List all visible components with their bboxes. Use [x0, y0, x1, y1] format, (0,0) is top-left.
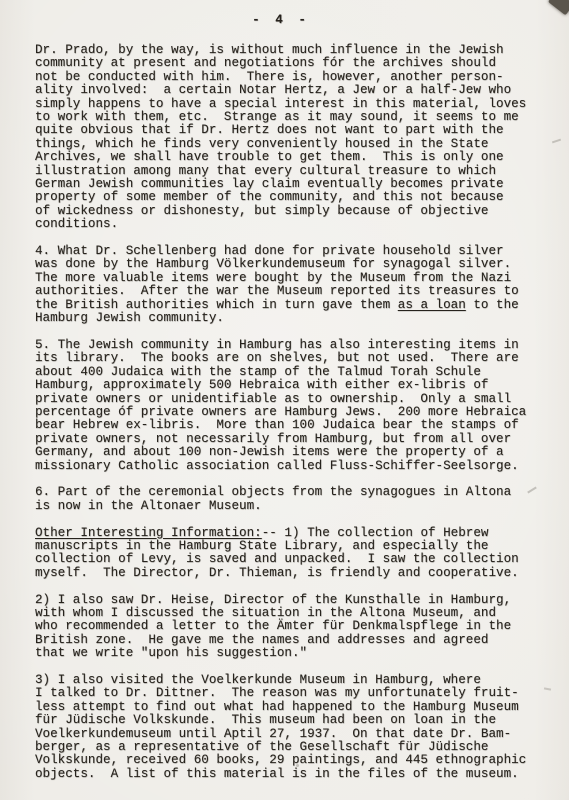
text-line: missionary Catholic association called F…	[35, 460, 535, 473]
text-segment: British zone. He gave me the names and a…	[35, 633, 488, 647]
text-line: 3) I also visited the Voelkerkunde Museu…	[35, 674, 535, 687]
text-segment: 6. Part of the ceremonial objects from t…	[35, 485, 511, 499]
text-segment: less attempt to find out what had happen…	[35, 700, 519, 714]
text-segment: quite obvious that if Dr. Hertz does not…	[35, 123, 504, 137]
text-line: berger, as a representative of the Gesel…	[35, 741, 535, 754]
text-line: community at present and negotiations fó…	[35, 57, 535, 70]
text-line: collection of Levy, is saved and unpacke…	[35, 553, 535, 566]
text-segment: of wickedness or dishonesty, but simply …	[35, 204, 488, 218]
text-line: Voelkerkundemuseum until Aptil 27, 1937.…	[35, 728, 535, 741]
scan-edge-mark	[544, 687, 551, 690]
text-line: objects. A list of this material is in t…	[35, 768, 535, 781]
text-segment: who recommended a letter to the Ämter fü…	[35, 619, 511, 633]
text-line: 4. What Dr. Schellenberg had done for pr…	[35, 245, 535, 258]
document-page: - 4 - Dr. Prado, by the way, is without …	[0, 0, 569, 800]
text-line: conditions.	[35, 218, 535, 231]
underlined-text: as a loan	[398, 298, 466, 312]
text-segment: Volkskunde, received 60 books, 29 painti…	[35, 753, 526, 767]
text-line: für Jüdische Volkskunde. This museum had…	[35, 714, 535, 727]
text-line: the British authorities which in turn ga…	[35, 299, 535, 312]
paragraph: 5. The Jewish community in Hamburg has a…	[35, 339, 535, 473]
text-line: Hamburg Jewish community.	[35, 312, 535, 325]
text-line: of wickedness or dishonesty, but simply …	[35, 205, 535, 218]
text-segment: to work with them, etc. Strange as it ma…	[35, 110, 519, 124]
text-segment: collection of Levy, is saved and unpacke…	[35, 552, 519, 566]
text-line: myself. The Director, Dr. Thieman, is fr…	[35, 567, 535, 580]
text-line: about 400 Judaica with the stamp of the …	[35, 366, 535, 379]
text-segment: Dr. Prado, by the way, is without much i…	[35, 43, 504, 57]
text-segment: manuscripts in the Hamburg State Library…	[35, 539, 488, 553]
text-line: Hamburg, approximately 500 Hebraica with…	[35, 379, 535, 392]
paragraph: 6. Part of the ceremonial objects from t…	[35, 486, 535, 513]
text-segment: percentage óf private owners are Hamburg…	[35, 405, 526, 419]
paragraph: 2) I also saw Dr. Heise, Director of the…	[35, 594, 535, 661]
text-line: 6. Part of the ceremonial objects from t…	[35, 486, 535, 499]
text-segment: objects. A list of this material is in t…	[35, 767, 519, 781]
text-segment: with whom I discussed the situation in t…	[35, 606, 496, 620]
text-segment: Archives, we shall have trouble to get t…	[35, 150, 504, 164]
text-segment: Hamburg, approximately 500 Hebraica with…	[35, 378, 488, 392]
text-line: ality involved: a certain Notar Hertz, a…	[35, 84, 535, 97]
text-line: bear Hebrew ex-libris. More than 100 Jud…	[35, 419, 535, 432]
text-segment: private owners or unidentifiable as to o…	[35, 392, 511, 406]
text-segment: to the	[466, 298, 519, 312]
text-line: is now in the Altonaer Museum.	[35, 500, 535, 513]
paragraph: 4. What Dr. Schellenberg had done for pr…	[35, 245, 535, 325]
text-segment: illustration among many that every cultu…	[35, 164, 496, 178]
text-segment: simply happens to have a special interes…	[35, 97, 526, 111]
text-line: things, which he finds very conveniently…	[35, 138, 535, 151]
page-number: - 4 -	[35, 13, 527, 27]
text-segment: was done by the Hamburg Völkerkundemuseu…	[35, 257, 511, 271]
text-segment: is now in the Altonaer Museum.	[35, 499, 262, 513]
text-segment: berger, as a representative of the Gesel…	[35, 740, 488, 754]
text-line: not be conducted with him. There is, how…	[35, 71, 535, 84]
text-line: private owners or unidentifiable as to o…	[35, 393, 535, 406]
text-line: who recommended a letter to the Ämter fü…	[35, 620, 535, 633]
text-segment: the British authorities which in turn ga…	[35, 298, 398, 312]
text-line: Other Interesting Information:-- 1) The …	[35, 527, 535, 540]
text-line: quite obvious that if Dr. Hertz does not…	[35, 124, 535, 137]
text-line: Archives, we shall have trouble to get t…	[35, 151, 535, 164]
scan-edge-mark	[552, 139, 561, 144]
scan-corner-mark	[548, 0, 569, 15]
text-line: The more valuable items were bought by t…	[35, 272, 535, 285]
text-segment: für Jüdische Volkskunde. This museum had…	[35, 713, 496, 727]
text-line: that we write "upon his suggestion."	[35, 647, 535, 660]
text-segment: property of some member of the community…	[35, 190, 504, 204]
text-line: Germany, and about 100 non-Jewish items …	[35, 446, 535, 459]
text-line: simply happens to have a special interes…	[35, 98, 535, 111]
paragraph: Dr. Prado, by the way, is without much i…	[35, 44, 535, 232]
text-line: private owners, not necessarily from Ham…	[35, 433, 535, 446]
text-line: illustration among many that every cultu…	[35, 165, 535, 178]
text-line: 5. The Jewish community in Hamburg has a…	[35, 339, 535, 352]
text-line: property of some member of the community…	[35, 191, 535, 204]
text-segment: things, which he finds very conveniently…	[35, 137, 488, 151]
text-line: authorities. After the war the Museum re…	[35, 285, 535, 298]
text-segment: private owners, not necessarily from Ham…	[35, 432, 511, 446]
text-segment: myself. The Director, Dr. Thieman, is fr…	[35, 566, 519, 580]
text-segment: 2) I also saw Dr. Heise, Director of the…	[35, 593, 511, 607]
underlined-text: Other Interesting Information:	[35, 526, 262, 540]
text-segment: German Jewish communities lay claim even…	[35, 177, 504, 191]
text-segment: 3) I also visited the Voelkerkunde Museu…	[35, 673, 481, 687]
text-segment: -- 1) The collection of Hebrew	[262, 526, 489, 540]
text-line: German Jewish communities lay claim even…	[35, 178, 535, 191]
text-segment: that we write "upon his suggestion."	[35, 646, 307, 660]
text-segment: 5. The Jewish community in Hamburg has a…	[35, 338, 519, 352]
text-line: Dr. Prado, by the way, is without much i…	[35, 44, 535, 57]
text-segment: authorities. After the war the Museum re…	[35, 284, 519, 298]
page-body: Dr. Prado, by the way, is without much i…	[35, 44, 535, 795]
text-line: less attempt to find out what had happen…	[35, 701, 535, 714]
text-segment: its library. The books are on shelves, b…	[35, 351, 519, 365]
paragraph: 3) I also visited the Voelkerkunde Museu…	[35, 674, 535, 781]
text-segment: 4. What Dr. Schellenberg had done for pr…	[35, 244, 504, 258]
paragraph: Other Interesting Information:-- 1) The …	[35, 527, 535, 581]
text-segment: ality involved: a certain Notar Hertz, a…	[35, 83, 511, 97]
text-line: percentage óf private owners are Hamburg…	[35, 406, 535, 419]
text-line: British zone. He gave me the names and a…	[35, 634, 535, 647]
text-segment: not be conducted with him. There is, how…	[35, 70, 504, 84]
text-segment: Hamburg Jewish community.	[35, 311, 224, 325]
text-segment: community at present and negotiations fó…	[35, 56, 496, 70]
text-segment: Voelkerkundemuseum until Aptil 27, 1937.…	[35, 727, 511, 741]
text-line: Volkskunde, received 60 books, 29 painti…	[35, 754, 535, 767]
text-line: 2) I also saw Dr. Heise, Director of the…	[35, 594, 535, 607]
text-line: to work with them, etc. Strange as it ma…	[35, 111, 535, 124]
text-segment: The more valuable items were bought by t…	[35, 271, 511, 285]
text-segment: about 400 Judaica with the stamp of the …	[35, 365, 481, 379]
text-segment: conditions.	[35, 217, 118, 231]
text-segment: I talked to Dr. Dittner. The reason was …	[35, 686, 519, 700]
text-line: was done by the Hamburg Völkerkundemuseu…	[35, 258, 535, 271]
text-line: manuscripts in the Hamburg State Library…	[35, 540, 535, 553]
text-segment: Germany, and about 100 non-Jewish items …	[35, 445, 504, 459]
text-line: its library. The books are on shelves, b…	[35, 352, 535, 365]
text-line: I talked to Dr. Dittner. The reason was …	[35, 687, 535, 700]
text-segment: missionary Catholic association called F…	[35, 459, 519, 473]
text-segment: bear Hebrew ex-libris. More than 100 Jud…	[35, 418, 519, 432]
